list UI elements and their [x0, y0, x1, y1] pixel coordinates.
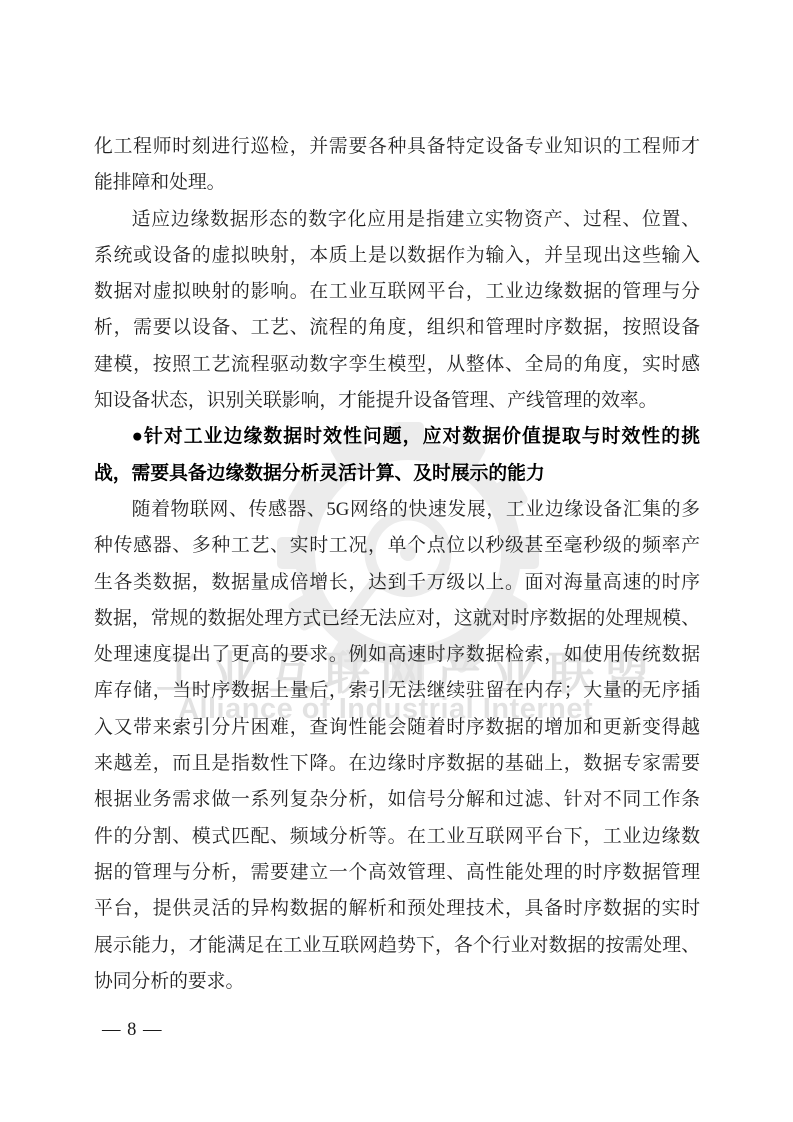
page-number: — 8 — — [102, 1020, 163, 1041]
text-line: 建模，按照工艺流程驱动数字孪生模型，从整体、全局的角度，实时感 — [94, 347, 700, 383]
text-line: 协同分析的要求。 — [94, 964, 700, 1000]
text-line: 知设备状态，识别关联影响，才能提升设备管理、产线管理的效率。 — [94, 383, 700, 419]
text-line: 入又带来索引分片困难，查询性能会随着时序数据的增加和更新变得越 — [94, 710, 700, 746]
text-line: 平台，提供灵活的异构数据的解析和预处理技术，具备时序数据的实时 — [94, 891, 700, 927]
text-line: 适应边缘数据形态的数字化应用是指建立实物资产、过程、位置、 — [94, 202, 700, 238]
text-line: 随着物联网、传感器、5G网络的快速发展，工业边缘设备汇集的多 — [94, 492, 700, 528]
text-line: 能排障和处理。 — [94, 165, 700, 201]
text-line: 系统或设备的虚拟映射，本质上是以数据作为输入，并呈现出这些输入 — [94, 238, 700, 274]
text-line: 生各类数据，数据量成倍增长，达到千万级以上。面对海量高速的时序 — [94, 565, 700, 601]
bullet-heading-line: ●针对工业边缘数据时效性问题，应对数据价值提取与时效性的挑 — [94, 419, 700, 455]
text-line: 处理速度提出了更高的要求。例如高速时序数据检索，如使用传统数据 — [94, 637, 700, 673]
text-line: 数据，常规的数据处理方式已经无法应对，这就对时序数据的处理规模、 — [94, 601, 700, 637]
text-line: 据的管理与分析，需要建立一个高效管理、高性能处理的时序数据管理 — [94, 855, 700, 891]
text-line: 化工程师时刻进行巡检，并需要各种具备特定设备专业知识的工程师才 — [94, 129, 700, 165]
text-line: 库存储，当时序数据上量后，索引无法继续驻留在内存；大量的无序插 — [94, 673, 700, 709]
text-line: 展示能力，才能满足在工业互联网趋势下，各个行业对数据的按需处理、 — [94, 928, 700, 964]
bullet-heading-line: 战，需要具备边缘数据分析灵活计算、及时展示的能力 — [94, 456, 700, 492]
text-line: 种传感器、多种工艺、实时工况，单个点位以秒级甚至毫秒级的频率产 — [94, 528, 700, 564]
document-body: 化工程师时刻进行巡检，并需要各种具备特定设备专业知识的工程师才 能排障和处理。 … — [94, 129, 700, 1000]
text-line: 数据对虚拟映射的影响。在工业互联网平台，工业边缘数据的管理与分 — [94, 274, 700, 310]
text-line: 析，需要以设备、工艺、流程的角度，组织和管理时序数据，按照设备 — [94, 310, 700, 346]
text-line: 根据业务需求做一系列复杂分析，如信号分解和过滤、针对不同工作条 — [94, 782, 700, 818]
text-line: 件的分割、模式匹配、频域分析等。在工业互联网平台下，工业边缘数 — [94, 819, 700, 855]
text-line: 来越差，而且是指数性下降。在边缘时序数据的基础上，数据专家需要 — [94, 746, 700, 782]
document-page: 工业互联网产业联盟 Alliance of Industrial Interne… — [0, 0, 793, 1122]
